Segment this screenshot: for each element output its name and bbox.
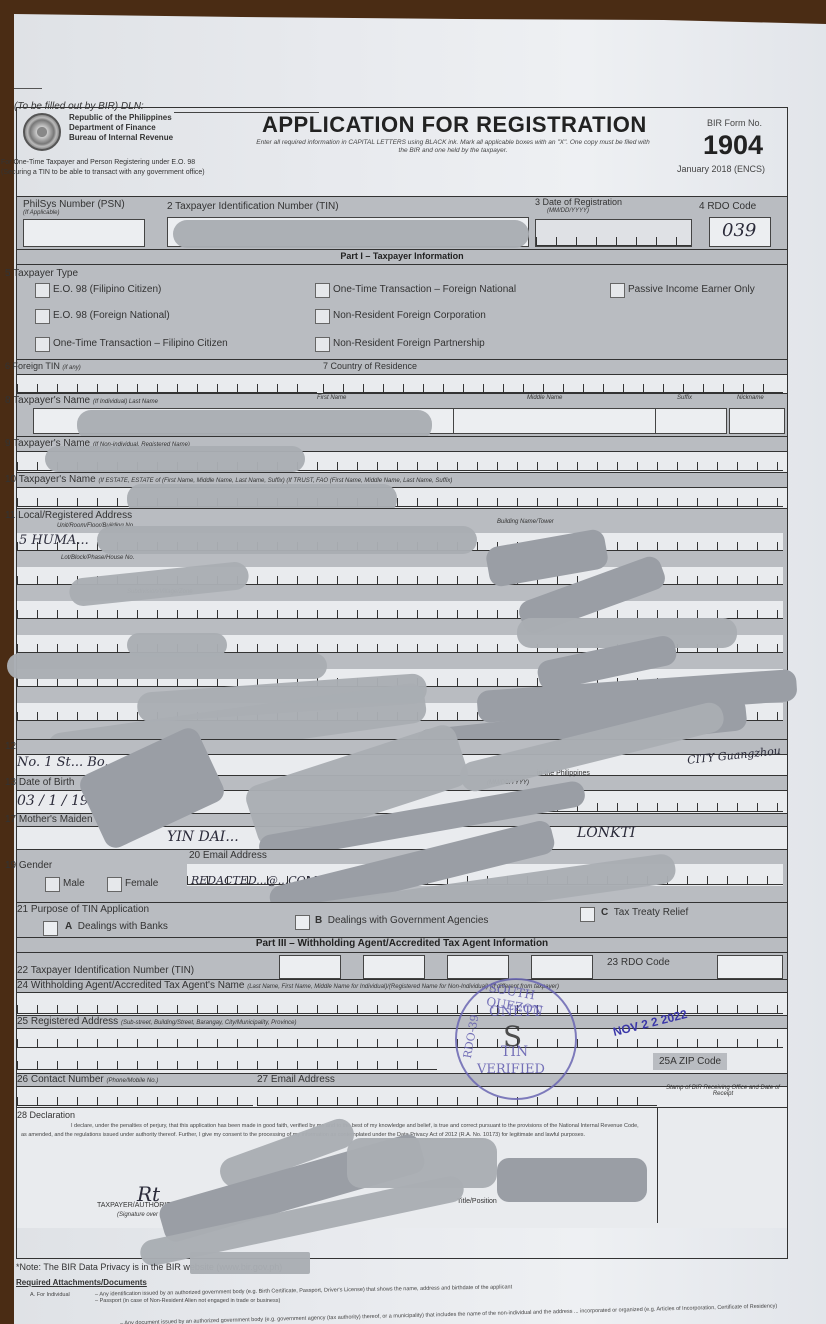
redaction [173, 220, 529, 248]
checkbox-onetime-filipino[interactable] [35, 337, 50, 352]
part3-title-row: Part III – Withholding Agent/Accredited … [17, 937, 787, 952]
redaction [45, 446, 305, 472]
agency-name: Republic of the Philippines Department o… [69, 113, 173, 143]
subdivision-input[interactable] [17, 601, 783, 619]
part1-title-row: Part I – Taxpayer Information [17, 249, 787, 264]
zip-code-label: 25A ZIP Code [653, 1053, 727, 1070]
checkbox-eo98-filipino[interactable] [35, 283, 50, 298]
form-edition: January 2018 (ENCS) [677, 164, 765, 174]
stamp-center-1: ONETT [489, 1004, 542, 1020]
purpose-row: 21 Purpose of TIN Application A Dealings… [17, 902, 787, 937]
rdo-code-value: 039 [722, 220, 756, 241]
form-number-label: BIR Form No. [707, 118, 762, 128]
purpose-a: A Dealings with Banks [65, 921, 168, 932]
redaction [7, 653, 327, 679]
registration-date-label: 3 Date of Registration [535, 197, 622, 207]
email-label: 20 Email Address [189, 850, 267, 861]
checkbox-nonresident-partnership[interactable] [315, 337, 330, 352]
agent-tin-part-4[interactable] [531, 955, 593, 979]
checkbox-male[interactable] [45, 877, 60, 892]
stamp-center-3: VERIFIED [477, 1062, 545, 1077]
declaration-label: 28 Declaration [17, 1110, 75, 1120]
name-individual-label: 8 Taxpayer's Name (If Individual) Last N… [5, 395, 158, 406]
dob-label: 13 Date of Birth [5, 777, 74, 788]
redaction [347, 1138, 497, 1188]
mother-name-value-2: LONKTI [577, 825, 635, 841]
tin-verified-stamp: SOUTH QUEZON RDO-39 ONETT TIN VERIFIED S [455, 978, 577, 1100]
building-label: Building Name/Tower [497, 519, 554, 525]
checkbox-purpose-b[interactable] [295, 915, 310, 930]
contact-email-inputs: Stamp of BIR Receiving Office and Date o… [17, 1086, 787, 1107]
agent-tin-row: 22 Taxpayer Identification Number (TIN) … [17, 952, 787, 979]
foreign-tin-label: 6 Foreign TIN (if any) [5, 361, 81, 371]
redaction [497, 1158, 647, 1202]
purpose-label: 21 Purpose of TIN Application [17, 904, 149, 915]
name-estate-row: 10 Taxpayer's Name (If ESTATE, ESTATE of… [17, 472, 787, 487]
tin-label: 2 Taxpayer Identification Number (TIN) [167, 201, 339, 212]
form-instructions: Enter all required information in CAPITA… [253, 139, 653, 155]
registration-date-input[interactable] [535, 219, 692, 247]
registration-date-note: (MM/DD/YYYY) [547, 208, 589, 214]
purpose-c: C Tax Treaty Relief [601, 907, 688, 918]
redaction [190, 1252, 310, 1274]
taxpayer-type-section: 5 Taxpayer Type E.O. 98 (Filipino Citize… [17, 264, 787, 359]
checkbox-onetime-foreign[interactable] [315, 283, 330, 298]
checkbox-eo98-foreign[interactable] [35, 309, 50, 324]
psn-input[interactable] [23, 219, 145, 247]
agent-rdo-input[interactable] [717, 955, 783, 979]
option-label: Non-Resident Foreign Corporation [333, 310, 486, 321]
suffix-label: Suffix [677, 395, 692, 401]
rdo-code-label: 4 RDO Code [699, 201, 756, 212]
part3-title: Part III – Withholding Agent/Accredited … [17, 938, 787, 949]
agent-address-input[interactable]: 25A ZIP Code [17, 1028, 787, 1073]
psn-note: (If Applicable) [23, 210, 59, 216]
agent-tin-part-2[interactable] [363, 955, 425, 979]
stamp-box-label: Stamp of BIR Receiving Office and Date o… [665, 1085, 781, 1097]
suffix-input[interactable] [655, 408, 727, 434]
first-name-label: First Name [317, 395, 346, 401]
title-position-label: Title/Position [457, 1198, 497, 1205]
agent-tin-part-1[interactable] [279, 955, 341, 979]
contact-label: 26 Contact Number (Phone/Mobile No.) [17, 1074, 158, 1085]
foreign-tin-input[interactable] [17, 384, 317, 393]
foreign-tin-row: 6 Foreign TIN (if any) 7 Country of Resi… [17, 359, 787, 374]
purpose-b: B Dealings with Government Agencies [315, 915, 488, 926]
agent-tin-part-3[interactable] [447, 955, 509, 979]
option-label: Passive Income Earner Only [628, 284, 755, 295]
middle-name-input[interactable] [453, 408, 657, 434]
agent-name-row: 24 Withholding Agent/Accredited Tax Agen… [17, 979, 787, 992]
rdo-code-input[interactable]: 039 [709, 217, 771, 247]
stamp-ring-left: RDO-39 [461, 1014, 481, 1060]
option-label: One-Time Transaction – Foreign National [333, 284, 516, 295]
checkbox-purpose-a[interactable] [43, 921, 58, 936]
foreign-address-label: 12 [5, 741, 16, 752]
agent-email-label: 27 Email Address [257, 1074, 335, 1085]
bir-seal-icon [23, 113, 61, 151]
address-label: 11 Local/Registered Address [5, 510, 132, 521]
taxpayer-type-label: 5 Taxpayer Type [5, 268, 78, 279]
option-label: E.O. 98 (Filipino Citizen) [53, 284, 161, 295]
nickname-label: Nickname [737, 395, 764, 401]
divider [657, 1108, 658, 1223]
middle-name-label: Middle Name [527, 395, 562, 401]
nickname-input[interactable] [729, 408, 785, 434]
address-handwriting: 5 HUMA... [19, 533, 89, 548]
contact-input[interactable] [17, 1097, 253, 1106]
agent-name-label: 24 Withholding Agent/Accredited Tax Agen… [17, 980, 559, 991]
part1-title: Part I – Taxpayer Information [17, 251, 787, 261]
agent-address-label: 25 Registered Address (Sub-street, Build… [17, 1016, 296, 1027]
form-subtitle: For One-Time Taxpayer and Person Registe… [1, 158, 205, 178]
checkbox-nonresident-corp[interactable] [315, 309, 330, 324]
checkbox-purpose-c[interactable] [580, 907, 595, 922]
agent-email-input[interactable] [257, 1097, 657, 1106]
agent-rdo-label: 23 RDO Code [607, 957, 670, 968]
redaction [97, 526, 477, 554]
req-a-item-2: – Passport (in case of Non-Resident Alie… [95, 1298, 280, 1304]
country-input[interactable] [323, 384, 783, 393]
option-label: One-Time Transaction – Filipino Citizen [53, 338, 228, 349]
gender-label: 19 Gender [5, 860, 52, 871]
required-docs-heading: Required Attachments/Documents [16, 1278, 147, 1287]
gender-option: Female [125, 878, 158, 889]
checkbox-female[interactable] [107, 877, 122, 892]
lot-label: Lot/Block/Phase/House No. [61, 555, 134, 561]
psn-label: PhilSys Number (PSN) [23, 199, 125, 210]
foreign-tin-input-row [17, 374, 787, 393]
option-label: Non-Resident Foreign Partnership [333, 338, 485, 349]
mother-name-value: YIN DAI... [167, 829, 239, 845]
checkbox-passive-income[interactable] [610, 283, 625, 298]
stamp-initials: S [503, 1020, 522, 1053]
bir-form-1904: Republic of the Philippines Department o… [16, 107, 788, 1259]
gender-option: Male [63, 878, 85, 889]
signature: Rt [137, 1182, 160, 1206]
form-number: 1904 [703, 130, 763, 161]
form-title: APPLICATION FOR REGISTRATION [262, 112, 647, 138]
req-a-label: A. For Individual [30, 1292, 70, 1298]
form-header: Republic of the Philippines Department o… [17, 108, 787, 190]
country-label: 7 Country of Residence [323, 361, 417, 371]
divider [14, 88, 42, 89]
agent-tin-label: 22 Taxpayer Identification Number (TIN) [17, 965, 194, 976]
option-label: E.O. 98 (Foreign National) [53, 310, 170, 321]
